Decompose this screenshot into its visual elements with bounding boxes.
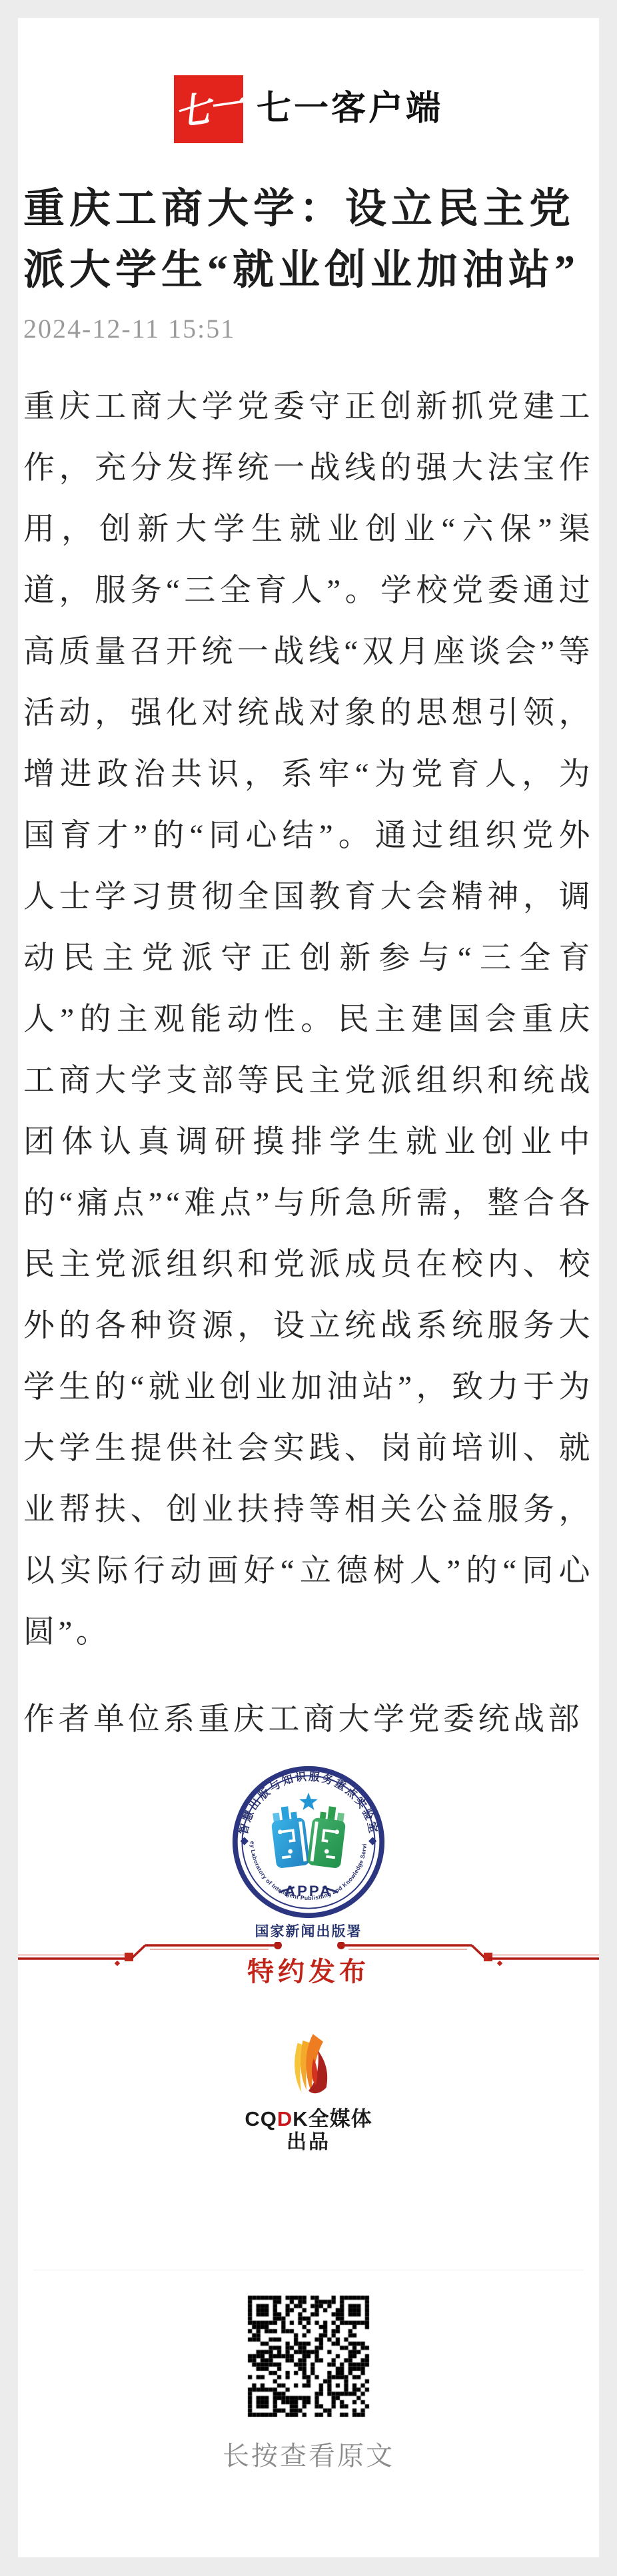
author-note: 作者单位系重庆工商大学党委统战部 bbox=[18, 1689, 599, 1750]
qiyi-logo: 七一 bbox=[174, 75, 243, 143]
qr-caption: 长按查看原文 bbox=[18, 2441, 599, 2471]
qr-code[interactable] bbox=[243, 2290, 374, 2422]
publish-time: 2024-12-11 15:51 bbox=[18, 313, 599, 345]
cqdk-flame-graphic bbox=[280, 2031, 337, 2102]
cqdk-flame-icon bbox=[18, 2031, 599, 2102]
article-body: 重庆工商大学党委守正创新抓党建工作，充分发挥统一战线的强大法宝作用，创新大学生就… bbox=[18, 376, 599, 1663]
producer-line2: 出品 bbox=[18, 2131, 599, 2154]
brand-pre: CQ bbox=[245, 2107, 277, 2130]
producer-brand: CQDK全媒体 bbox=[18, 2107, 599, 2131]
qr-section bbox=[18, 2290, 599, 2422]
section-divider bbox=[33, 2270, 584, 2270]
app-header: 七一 七一客户端 bbox=[18, 75, 599, 143]
press-administration-label: 国家新闻出版署 bbox=[18, 1922, 599, 1942]
qiyi-logo-glyph: 七一 bbox=[173, 87, 245, 132]
brand-post: K全媒体 bbox=[293, 2107, 372, 2130]
article-card: 七一 七一客户端 重庆工商大学：设立民主党派大学生“就业创业加油站” 2024-… bbox=[18, 18, 599, 2557]
appa-seal: 智慧出版与知识服务重点实验室 Key Laboratory of Intelli… bbox=[18, 1765, 599, 1919]
appa-seal-graphic: 智慧出版与知识服务重点实验室 Key Laboratory of Intelli… bbox=[231, 1765, 386, 1919]
article-title: 重庆工商大学：设立民主党派大学生“就业创业加油站” bbox=[18, 178, 599, 301]
app-name-label: 七一客户端 bbox=[257, 92, 443, 127]
appa-acronym: APPA bbox=[285, 1883, 332, 1899]
brand-red-letter: D bbox=[277, 2107, 293, 2130]
